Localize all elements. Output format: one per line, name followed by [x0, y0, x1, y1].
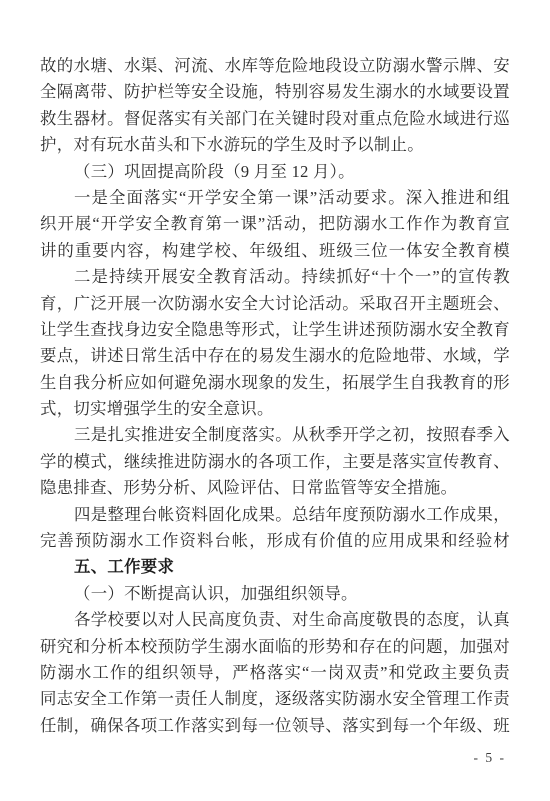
text-line: 故的水塘、水渠、河流、水库等危险地段设立防溺水警示牌、安 — [40, 53, 510, 79]
text-line: 一是全面落实“开学安全第一课”活动要求。深入推进和组 — [40, 185, 510, 211]
text-line: 学的模式，继续推进防溺水的各项工作，主要是落实宣传教育、 — [40, 449, 510, 475]
document-page: 故的水塘、水渠、河流、水库等危险地段设立防溺水警示牌、安全隔离带、防护栏等安全设… — [0, 0, 550, 801]
text-line: 隐患排查、形势分析、风险评估、日常监管等安全措施。 — [40, 475, 510, 501]
page-body: 故的水塘、水渠、河流、水库等危险地段设立防溺水警示牌、安全隔离带、防护栏等安全设… — [40, 53, 510, 739]
text-line: 全隔离带、防护栏等安全设施，特别容易发生溺水的水域要设置 — [40, 79, 510, 105]
text-line: 生自我分析应如何避免溺水现象的发生，拓展学生自我教育的形 — [40, 370, 510, 396]
text-line: 完善预防溺水工作资料台帐，形成有价值的应用成果和经验材料。 — [40, 528, 510, 554]
text-line: 讲的重要内容，构建学校、年级组、班级三位一体安全教育模式。 — [40, 238, 510, 264]
text-line: 让学生查找身边安全隐患等形式，让学生讲述预防溺水安全教育 — [40, 317, 510, 343]
text-line: 各学校要以对人民高度负责、对生命高度敬畏的态度，认真 — [40, 607, 510, 633]
text-line: 式，切实增强学生的安全意识。 — [40, 396, 510, 422]
text-line: 四是整理台帐资料固化成果。总结年度预防溺水工作成果， — [40, 502, 510, 528]
page-number: - 5 - — [474, 750, 507, 766]
text-line: 研究和分析本校预防学生溺水面临的形势和存在的问题，加强对 — [40, 634, 510, 660]
text-line: 三是扎实推进安全制度落实。从秋季开学之初，按照春季入 — [40, 422, 510, 448]
text-line: 二是持续开展安全教育活动。持续抓好“十个一”的宣传教 — [40, 264, 510, 290]
text-line: 育，广泛开展一次防溺水安全大讨论活动。采取召开主题班会、 — [40, 291, 510, 317]
text-line: 要点，讲述日常生活中存在的易发生溺水的危险地带、水域，学 — [40, 343, 510, 369]
text-line: 同志安全工作第一责任人制度，逐级落实防溺水安全管理工作责 — [40, 686, 510, 712]
text-line: 五、工作要求 — [40, 554, 510, 580]
text-line: （一）不断提高认识，加强组织领导。 — [40, 581, 510, 607]
text-line: 防溺水工作的组织领导，严格落实“一岗双责”和党政主要负责 — [40, 660, 510, 686]
text-line: 织开展“开学安全教育第一课”活动，把防溺水工作作为教育宣 — [40, 211, 510, 237]
text-line: 任制，确保各项工作落实到每一位领导、落实到每一个年级、班 — [40, 713, 510, 739]
text-line: 救生器材。督促落实有关部门在关键时段对重点危险水域进行巡 — [40, 106, 510, 132]
text-line: （三）巩固提高阶段（9 月至 12 月）。 — [40, 159, 510, 185]
text-line: 护，对有玩水苗头和下水游玩的学生及时予以制止。 — [40, 132, 510, 158]
